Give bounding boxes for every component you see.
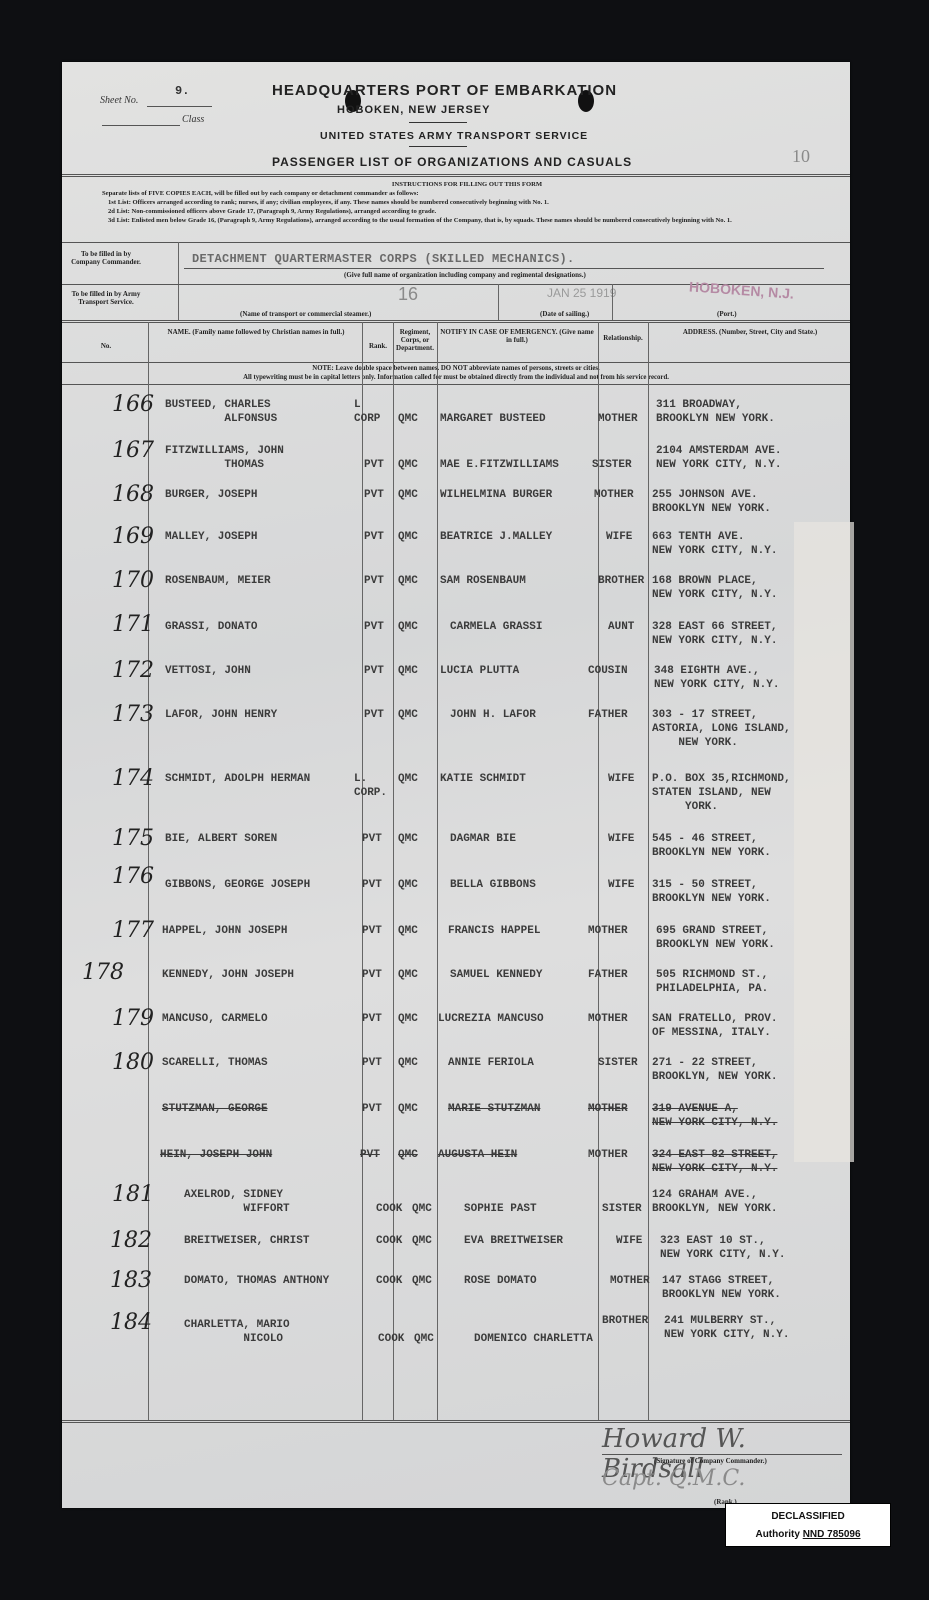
regiment: QMC bbox=[398, 664, 418, 678]
transport-value: 16 bbox=[398, 284, 418, 305]
passenger-name: SCHMIDT, ADOLPH HERMAN bbox=[165, 772, 310, 786]
emergency-contact: SOPHIE PAST bbox=[464, 1202, 537, 1216]
emergency-contact: EVA BREITWEISER bbox=[464, 1234, 563, 1248]
instructions-line: 3d List: Enlisted men below Grade 16, (P… bbox=[102, 216, 832, 225]
row-number: 179 bbox=[112, 1006, 154, 1031]
address: 255 JOHNSON AVE. BROOKLYN NEW YORK. bbox=[652, 488, 771, 516]
emergency-contact: LUCIA PLUTTA bbox=[440, 664, 519, 678]
row-number: 168 bbox=[112, 482, 154, 507]
address: 168 BROWN PLACE, NEW YORK CITY, N.Y. bbox=[652, 574, 777, 602]
relationship: SISTER bbox=[602, 1202, 642, 1216]
address: 323 EAST 10 ST., NEW YORK CITY, N.Y. bbox=[660, 1234, 785, 1262]
relationship: WIFE bbox=[606, 530, 632, 544]
divider bbox=[62, 322, 850, 323]
header-location: HOBOKEN, NEW JERSEY bbox=[337, 104, 490, 116]
regiment: QMC bbox=[398, 878, 418, 892]
emergency-contact: CARMELA GRASSI bbox=[450, 620, 542, 634]
regiment: QMC bbox=[398, 412, 418, 426]
address: 311 BROADWAY, BROOKLYN NEW YORK. bbox=[656, 398, 775, 426]
divider bbox=[62, 174, 850, 175]
row-number: 170 bbox=[112, 568, 154, 593]
emergency-contact: LUCREZIA MANCUSO bbox=[438, 1012, 544, 1026]
rank: L CORP bbox=[354, 398, 380, 426]
emergency-contact: JOHN H. LAFOR bbox=[450, 708, 536, 722]
address: SAN FRATELLO, PROV. OF MESSINA, ITALY. bbox=[652, 1012, 777, 1040]
address: 545 - 46 STREET, BROOKLYN NEW YORK. bbox=[652, 832, 771, 860]
organization-field: DETACHMENT QUARTERMASTER CORPS (SKILLED … bbox=[192, 252, 575, 266]
column-rule bbox=[648, 322, 649, 1420]
row-number: 176 bbox=[112, 864, 154, 889]
row-number: 182 bbox=[110, 1228, 152, 1253]
regiment: QMC bbox=[398, 1056, 418, 1070]
declassified-title: DECLASSIFIED bbox=[726, 1511, 890, 1522]
relationship: MOTHER bbox=[588, 1148, 628, 1162]
relationship: SISTER bbox=[592, 458, 632, 472]
row-number: 171 bbox=[112, 612, 154, 637]
rank: PVT bbox=[362, 832, 382, 846]
regiment: QMC bbox=[398, 488, 418, 502]
relationship: SISTER bbox=[598, 1056, 638, 1070]
regiment: QMC bbox=[414, 1332, 434, 1346]
passenger-name: BIE, ALBERT SOREN bbox=[165, 832, 277, 846]
regiment: QMC bbox=[398, 832, 418, 846]
commander-rank: Capt. Q.M.C. bbox=[602, 1466, 745, 1491]
address: P.O. BOX 35,RICHMOND, STATEN ISLAND, NEW… bbox=[652, 772, 791, 814]
divider bbox=[62, 1420, 850, 1421]
address: 315 - 50 STREET, BROOKLYN NEW YORK. bbox=[652, 878, 771, 906]
header-rule bbox=[409, 146, 467, 147]
row-number: 167 bbox=[112, 438, 154, 463]
address: 241 MULBERRY ST., NEW YORK CITY, N.Y. bbox=[664, 1314, 789, 1342]
relationship: MOTHER bbox=[588, 924, 628, 938]
header-rule bbox=[409, 122, 467, 123]
passenger-name: GIBBONS, GEORGE JOSEPH bbox=[165, 878, 310, 892]
relationship: BROTHER bbox=[598, 574, 644, 588]
passenger-name: BREITWEISER, CHRIST bbox=[184, 1234, 309, 1248]
emergency-contact: BEATRICE J.MALLEY bbox=[440, 530, 552, 544]
column-rule bbox=[437, 322, 438, 1420]
relationship: MOTHER bbox=[588, 1012, 628, 1026]
passenger-name: BURGER, JOSEPH bbox=[165, 488, 257, 502]
rank: PVT bbox=[362, 968, 382, 982]
relationship: MOTHER bbox=[588, 1102, 628, 1116]
sheet-number-value: 9. bbox=[175, 84, 189, 98]
rank: PVT bbox=[364, 458, 384, 472]
column-rule bbox=[598, 322, 599, 1420]
relationship: WIFE bbox=[608, 772, 634, 786]
note-line: NOTE: Leave double space between names. … bbox=[62, 364, 850, 373]
emergency-contact: FRANCIS HAPPEL bbox=[448, 924, 540, 938]
relationship: AUNT bbox=[608, 620, 634, 634]
signature-caption: (Signature of Company Commander.) bbox=[654, 1457, 767, 1465]
emergency-contact: MARIE STUTZMAN bbox=[448, 1102, 540, 1116]
note-line: All typewriting must be in capital lette… bbox=[62, 373, 850, 382]
address: 147 STAGG STREET, BROOKLYN NEW YORK. bbox=[662, 1274, 781, 1302]
regiment: QMC bbox=[398, 968, 418, 982]
instructions-title: INSTRUCTIONS FOR FILLING OUT THIS FORM bbox=[102, 180, 832, 189]
emergency-contact: AUGUSTA HEIN bbox=[438, 1148, 517, 1162]
passenger-name: VETTOSI, JOHN bbox=[165, 664, 251, 678]
divider bbox=[62, 242, 850, 243]
rank: PVT bbox=[364, 574, 384, 588]
column-header-regiment: Regiment, Corps, or Department. bbox=[394, 328, 436, 352]
column-header-no: No. bbox=[66, 342, 146, 350]
rank: COOK bbox=[376, 1202, 402, 1216]
address: 505 RICHMOND ST., PHILADELPHIA, PA. bbox=[656, 968, 768, 996]
address: 319 AVENUE A, NEW YORK CITY, N.Y. bbox=[652, 1102, 777, 1130]
rank: PVT bbox=[362, 1056, 382, 1070]
row-number: 183 bbox=[110, 1268, 152, 1293]
passenger-name: DOMATO, THOMAS ANTHONY bbox=[184, 1274, 329, 1288]
page-number: 10 bbox=[792, 146, 810, 167]
regiment: QMC bbox=[398, 1012, 418, 1026]
column-header-address: ADDRESS. (Number, Street, City and State… bbox=[652, 328, 848, 336]
instructions-line: 1st List: Officers arranged according to… bbox=[102, 198, 832, 207]
company-section-label: To be filled in by Company Commander. bbox=[66, 250, 146, 266]
passenger-name: MANCUSO, CARMELO bbox=[162, 1012, 268, 1026]
date-caption: (Date of sailing.) bbox=[540, 310, 589, 318]
class-underline bbox=[102, 125, 180, 126]
emergency-contact: DAGMAR BIE bbox=[450, 832, 516, 846]
rank: PVT bbox=[364, 488, 384, 502]
emergency-contact: MAE E.FITZWILLIAMS bbox=[440, 458, 559, 472]
passenger-name: GRASSI, DONATO bbox=[165, 620, 257, 634]
passenger-name: HAPPEL, JOHN JOSEPH bbox=[162, 924, 287, 938]
relationship: WIFE bbox=[608, 832, 634, 846]
address: 303 - 17 STREET, ASTORIA, LONG ISLAND, N… bbox=[652, 708, 791, 750]
regiment: QMC bbox=[398, 530, 418, 544]
declassified-authority: Authority NND 785096 bbox=[726, 1529, 890, 1540]
rank: PVT bbox=[364, 530, 384, 544]
rank: L. CORP. bbox=[354, 772, 387, 800]
form-title: PASSENGER LIST OF ORGANIZATIONS AND CASU… bbox=[272, 155, 632, 169]
relationship: FATHER bbox=[588, 708, 628, 722]
regiment: QMC bbox=[412, 1202, 432, 1216]
transport-caption: (Name of transport or commercial steamer… bbox=[240, 310, 371, 318]
emergency-contact: SAM ROSENBAUM bbox=[440, 574, 526, 588]
regiment: QMC bbox=[412, 1274, 432, 1288]
emergency-contact: KATIE SCHMIDT bbox=[440, 772, 526, 786]
regiment: QMC bbox=[398, 924, 418, 938]
address: 328 EAST 66 STREET, NEW YORK CITY, N.Y. bbox=[652, 620, 777, 648]
regiment: QMC bbox=[398, 1148, 418, 1162]
row-number: 184 bbox=[110, 1310, 152, 1335]
divider bbox=[62, 362, 850, 363]
row-number: 173 bbox=[112, 702, 154, 727]
address: 663 TENTH AVE. NEW YORK CITY, N.Y. bbox=[652, 530, 777, 558]
address: 324 EAST 82 STREET, NEW YORK CITY, N.Y. bbox=[652, 1148, 777, 1176]
port-caption: (Port.) bbox=[717, 310, 737, 318]
emergency-contact: BELLA GIBBONS bbox=[450, 878, 536, 892]
passenger-name: ROSENBAUM, MEIER bbox=[165, 574, 271, 588]
row-number: 178 bbox=[82, 960, 124, 985]
address: 348 EIGHTH AVE., NEW YORK CITY, N.Y. bbox=[654, 664, 779, 692]
authority-code: NND 785096 bbox=[803, 1529, 861, 1540]
divider bbox=[62, 320, 850, 321]
rank: PVT bbox=[362, 1012, 382, 1026]
column-rule bbox=[362, 322, 363, 1420]
column-header-name: NAME. (Family name followed by Christian… bbox=[150, 328, 362, 336]
row-number: 181 bbox=[112, 1182, 154, 1207]
emergency-contact: WILHELMINA BURGER bbox=[440, 488, 552, 502]
declassified-label: DECLASSIFIED Authority NND 785096 bbox=[725, 1503, 891, 1547]
regiment: QMC bbox=[398, 1102, 418, 1116]
passenger-list-form: Sheet No. 9. Class HEADQUARTERS PORT OF … bbox=[62, 62, 850, 1508]
emergency-contact: SAMUEL KENNEDY bbox=[450, 968, 542, 982]
paper-discoloration bbox=[794, 522, 854, 1162]
sheet-number-underline bbox=[147, 106, 212, 107]
rank: PVT bbox=[360, 1148, 380, 1162]
divider bbox=[62, 384, 850, 385]
row-number: 177 bbox=[112, 918, 154, 943]
divider bbox=[178, 242, 179, 320]
row-number: 172 bbox=[112, 658, 154, 683]
date-of-sailing-stamp: JAN 25 1919 bbox=[547, 286, 616, 300]
address: 124 GRAHAM AVE., BROOKLYN, NEW YORK. bbox=[652, 1188, 777, 1216]
instructions-line: Separate lists of FIVE COPIES EACH, will… bbox=[102, 189, 832, 198]
divider bbox=[62, 1422, 850, 1423]
rank: PVT bbox=[364, 708, 384, 722]
regiment: QMC bbox=[412, 1234, 432, 1248]
regiment: QMC bbox=[398, 458, 418, 472]
header-service: UNITED STATES ARMY TRANSPORT SERVICE bbox=[320, 130, 588, 142]
relationship: MOTHER bbox=[594, 488, 634, 502]
instructions-line: 2d List: Non-commissioned officers above… bbox=[102, 207, 832, 216]
port-stamp: HOBOKEN, N.J. bbox=[689, 278, 795, 301]
column-header-rank: Rank. bbox=[362, 342, 394, 350]
organization-caption: (Give full name of organization includin… bbox=[344, 271, 586, 279]
rank: PVT bbox=[364, 664, 384, 678]
header-title: HEADQUARTERS PORT OF EMBARKATION bbox=[272, 82, 617, 99]
rank: PVT bbox=[364, 620, 384, 634]
row-number: 169 bbox=[112, 524, 154, 549]
rank: PVT bbox=[362, 924, 382, 938]
relationship: BROTHER bbox=[602, 1314, 648, 1328]
column-rule bbox=[393, 322, 394, 1420]
sheet-number-label: Sheet No. bbox=[100, 95, 138, 106]
transport-section-label: To be filled in by Army Transport Servic… bbox=[66, 290, 146, 306]
relationship: WIFE bbox=[608, 878, 634, 892]
regiment: QMC bbox=[398, 708, 418, 722]
passenger-name: LAFOR, JOHN HENRY bbox=[165, 708, 277, 722]
rank: PVT bbox=[362, 878, 382, 892]
signature-underline bbox=[602, 1454, 842, 1455]
address: 695 GRAND STREET, BROOKLYN NEW YORK. bbox=[656, 924, 775, 952]
column-header-notify: NOTIFY IN CASE OF EMERGENCY. (Give name … bbox=[438, 328, 596, 344]
emergency-contact: ANNIE FERIOLA bbox=[448, 1056, 534, 1070]
passenger-name: BUSTEED, CHARLES ALFONSUS bbox=[165, 398, 277, 426]
relationship: MOTHER bbox=[610, 1274, 650, 1288]
authority-prefix: Authority bbox=[755, 1529, 799, 1540]
passenger-name: HEIN, JOSEPH JOHN bbox=[160, 1148, 272, 1162]
divider bbox=[612, 284, 613, 320]
column-header-relationship: Relationship. bbox=[598, 334, 648, 342]
relationship: COUSIN bbox=[588, 664, 628, 678]
class-label: Class bbox=[182, 114, 204, 125]
emergency-contact: MARGARET BUSTEED bbox=[440, 412, 546, 426]
relationship: MOTHER bbox=[598, 412, 638, 426]
passenger-name: KENNEDY, JOHN JOSEPH bbox=[162, 968, 294, 982]
regiment: QMC bbox=[398, 772, 418, 786]
rank: COOK bbox=[378, 1332, 404, 1346]
rank: PVT bbox=[362, 1102, 382, 1116]
row-number: 175 bbox=[112, 826, 154, 851]
row-number: 174 bbox=[112, 766, 154, 791]
address: 271 - 22 STREET, BROOKLYN, NEW YORK. bbox=[652, 1056, 777, 1084]
organization-underline bbox=[184, 268, 824, 269]
relationship: WIFE bbox=[616, 1234, 642, 1248]
rank: COOK bbox=[376, 1234, 402, 1248]
rank: COOK bbox=[376, 1274, 402, 1288]
divider bbox=[62, 176, 850, 177]
address: 2104 AMSTERDAM AVE. NEW YORK CITY, N.Y. bbox=[656, 444, 781, 472]
passenger-name: STUTZMAN, GEORGE bbox=[162, 1102, 268, 1116]
passenger-name: AXELROD, SIDNEY WIFFORT bbox=[184, 1188, 290, 1216]
emergency-contact: DOMENICO CHARLETTA bbox=[474, 1332, 593, 1346]
passenger-name: SCARELLI, THOMAS bbox=[162, 1056, 268, 1070]
row-number: 166 bbox=[112, 392, 154, 417]
divider bbox=[498, 284, 499, 320]
emergency-contact: ROSE DOMATO bbox=[464, 1274, 537, 1288]
relationship: FATHER bbox=[588, 968, 628, 982]
regiment: QMC bbox=[398, 620, 418, 634]
instructions-block: INSTRUCTIONS FOR FILLING OUT THIS FORM S… bbox=[102, 180, 832, 225]
row-number: 180 bbox=[112, 1050, 154, 1075]
passenger-name: MALLEY, JOSEPH bbox=[165, 530, 257, 544]
passenger-name: FITZWILLIAMS, JOHN THOMAS bbox=[165, 444, 284, 472]
regiment: QMC bbox=[398, 574, 418, 588]
passenger-name: CHARLETTA, MARIO NICOLO bbox=[184, 1318, 290, 1346]
